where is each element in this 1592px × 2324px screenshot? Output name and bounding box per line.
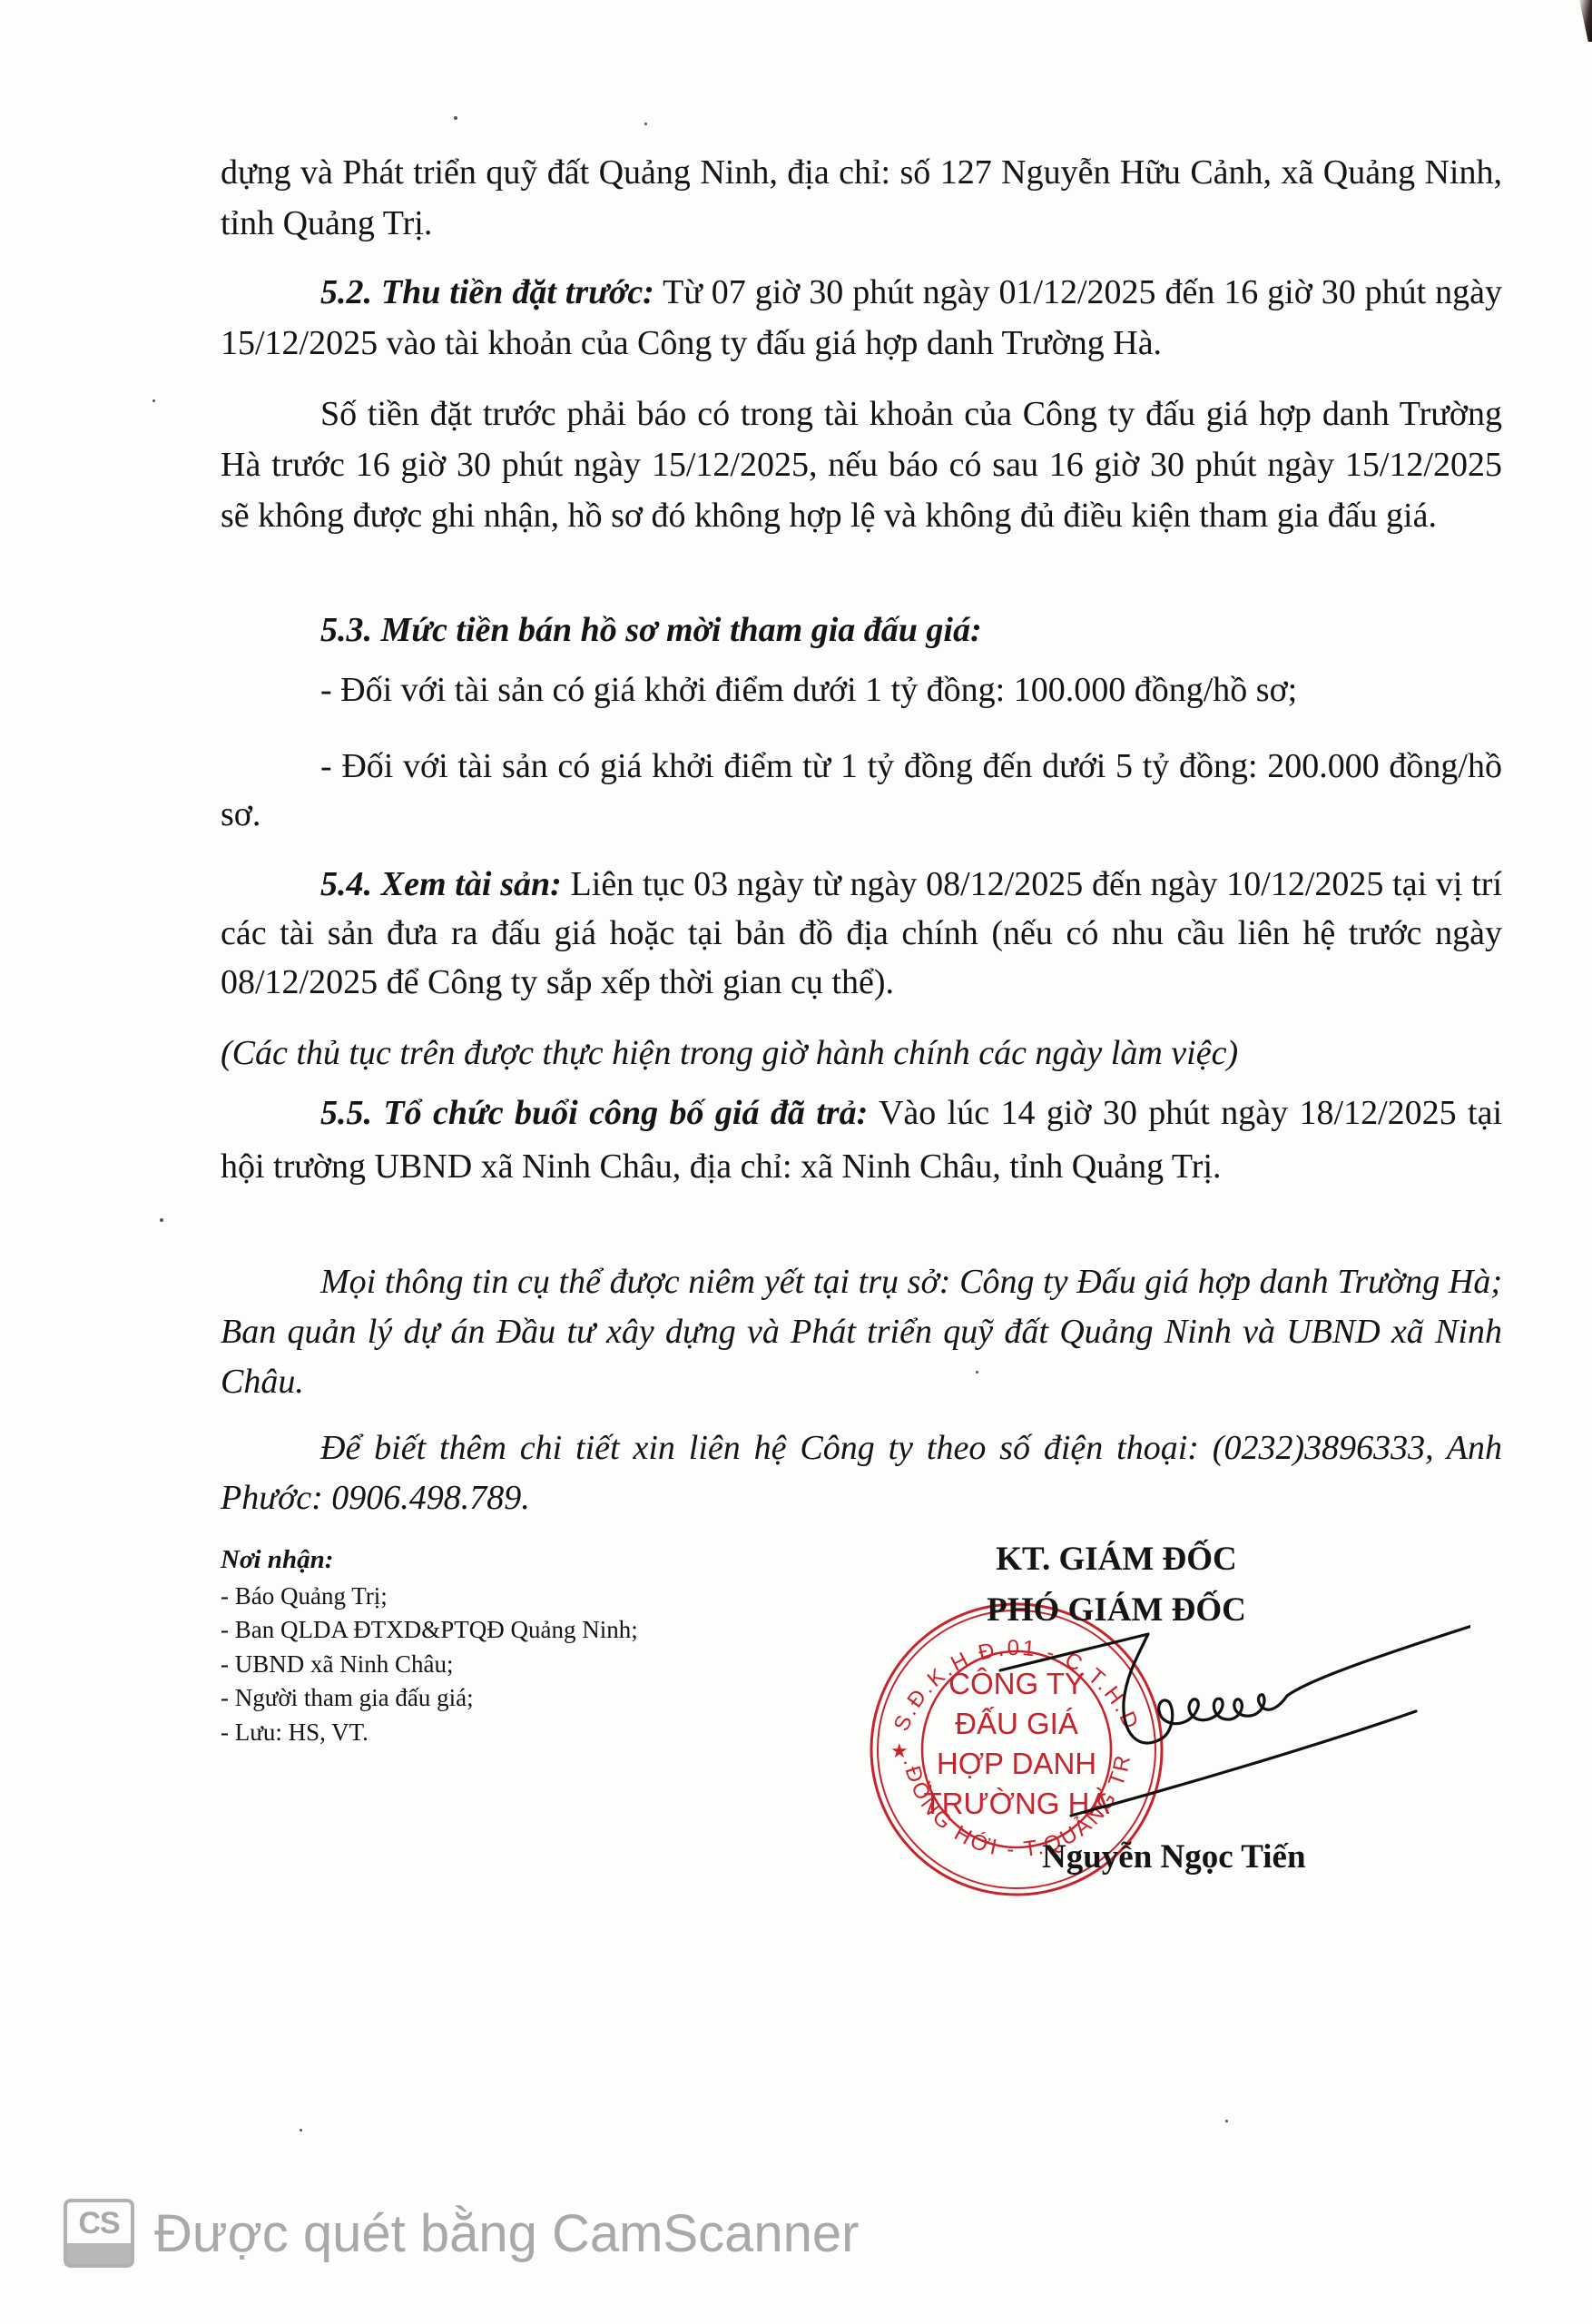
section-5-2: 5.2. Thu tiền đặt trước: Từ 07 giờ 30 ph… xyxy=(221,267,1502,369)
handwritten-signature-icon xyxy=(962,1616,1470,1834)
paragraph-continuation: dựng và Phát triển quỹ đất Quảng Ninh, đ… xyxy=(221,147,1502,249)
contact-info: Để biết thêm chi tiết xin liên hệ Công t… xyxy=(221,1423,1502,1523)
info-text: Mọi thông tin cụ thể được niêm yết tại t… xyxy=(221,1263,1502,1401)
section-heading: 5.3. Mức tiền bán hồ sơ mời tham gia đấu… xyxy=(320,611,982,649)
posting-info: Mọi thông tin cụ thể được niêm yết tại t… xyxy=(221,1257,1502,1407)
scan-speck xyxy=(644,123,647,125)
deposit-paragraph: Số tiền đặt trước phải báo có trong tài … xyxy=(221,389,1502,541)
section-5-4: 5.4. Xem tài sản: Liên tục 03 ngày từ ng… xyxy=(221,860,1502,1007)
page-edge-shadow xyxy=(1579,0,1592,42)
fee-item-2: - Đối với tài sản có giá khởi điểm từ 1 … xyxy=(221,743,1502,839)
signature-title-1: KT. GIÁM ĐỐC xyxy=(935,1534,1298,1585)
office-hours-note: (Các thủ tục trên được thực hiện trong g… xyxy=(221,1028,1502,1078)
recipient-item: - UBND xã Ninh Châu; xyxy=(221,1648,638,1682)
paragraph-text: dựng và Phát triển quỹ đất Quảng Ninh, đ… xyxy=(221,153,1502,242)
section-5-3: 5.3. Mức tiền bán hồ sơ mời tham gia đấu… xyxy=(221,605,1502,655)
fee-item-1: - Đối với tài sản có giá khởi điểm dưới … xyxy=(221,665,1502,715)
paragraph-text: Số tiền đặt trước phải báo có trong tài … xyxy=(221,395,1502,535)
scan-speck xyxy=(976,1371,978,1374)
section-heading: 5.4. Xem tài sản: xyxy=(320,865,562,903)
scan-speck xyxy=(454,116,457,120)
note-text: (Các thủ tục trên được thực hiện trong g… xyxy=(221,1034,1238,1072)
recipient-item: - Người tham gia đấu giá; xyxy=(221,1681,638,1716)
fee-item-text: - Đối với tài sản có giá khởi điểm từ 1 … xyxy=(221,747,1502,833)
recipient-item: - Ban QLDA ĐTXD&PTQĐ Quảng Ninh; xyxy=(221,1613,638,1648)
camscanner-watermark: CS Được quét bằng CamScanner xyxy=(64,2197,860,2270)
section-heading: 5.2. Thu tiền đặt trước: xyxy=(320,273,654,311)
scan-speck xyxy=(300,2129,302,2132)
watermark-text: Được quét bằng CamScanner xyxy=(154,2203,860,2264)
scan-speck xyxy=(152,399,155,402)
logo-text: CS xyxy=(78,2206,119,2241)
recipient-item: - Báo Quảng Trị; xyxy=(221,1580,638,1614)
scan-speck xyxy=(1225,2120,1228,2122)
fee-item-text: - Đối với tài sản có giá khởi điểm dưới … xyxy=(320,671,1297,709)
recipient-item: - Lưu: HS, VT. xyxy=(221,1716,638,1750)
signer-name: Nguyễn Ngọc Tiến xyxy=(1042,1837,1306,1876)
recipients-title: Nơi nhận: xyxy=(221,1543,638,1578)
contact-text: Để biết thêm chi tiết xin liên hệ Công t… xyxy=(221,1429,1502,1517)
section-5-5: 5.5. Tổ chức buổi công bố giá đã trả: Và… xyxy=(221,1087,1502,1194)
scan-speck xyxy=(160,1218,163,1222)
camscanner-logo-icon: CS xyxy=(64,2199,134,2268)
svg-text:★: ★ xyxy=(890,1739,909,1762)
recipients-list: Nơi nhận: - Báo Quảng Trị; - Ban QLDA ĐT… xyxy=(221,1543,638,1749)
section-heading: 5.5. Tổ chức buổi công bố giá đã trả: xyxy=(320,1094,868,1132)
